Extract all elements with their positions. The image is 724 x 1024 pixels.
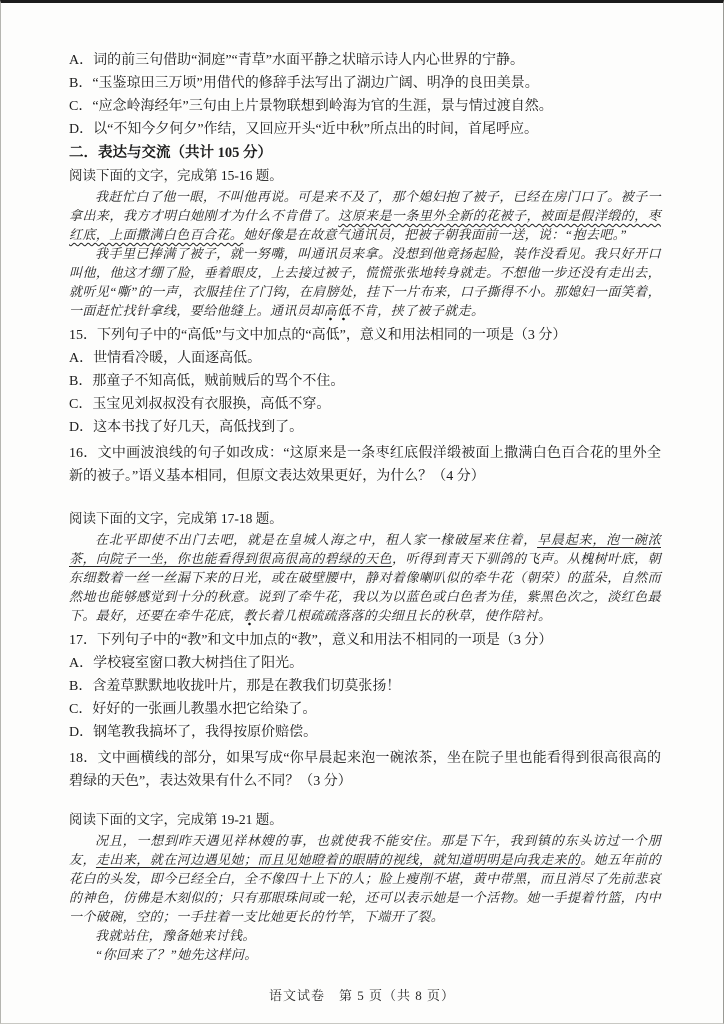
passage-paragraph: 我手里已捧满了被子，就一努嘴，叫通讯员来拿。没想到他竟扬起脸，装作没看见。我只好… [69, 244, 661, 320]
reading-intro-15-16: 阅读下面的文字，完成第 15-16 题。 [69, 165, 661, 187]
prev-option-b: B．“玉鉴琼田三万顷”用借代的修辞手法写出了湖边广阔、明净的良田美景。 [69, 72, 661, 95]
section-heading: 二．表达与交流（共计 105 分） [69, 142, 661, 165]
question-17-option-a: A．学校寝室窗口教大树挡住了阳光。 [69, 652, 661, 675]
dot-emphasized-text: 教 [243, 608, 256, 626]
prev-option-d: D．以“不知今夕何夕”作结，又回应开头“近中秋”所点出的时间，首尾呼应。 [69, 118, 661, 141]
reading-intro-19-21: 阅读下面的文字，完成第 19-21 题。 [69, 809, 661, 831]
question-15-option-d: D．这本书找了好几天，高低找到了。 [69, 416, 661, 439]
question-15-option-a: A．世情看冷暖，人面逐高低。 [69, 347, 661, 370]
passage-text: 在北平即使不出门去吧，就是在皇城人海之中，租人家一椽破屋来住着， [95, 532, 537, 547]
underlined-text: 走出来，就在河边遇见她；而且见她瞪着的眼睛的视线，就知道明明是向我走来的 [96, 852, 580, 867]
reading-intro-17-18: 阅读下面的文字，完成第 17-18 题。 [69, 508, 661, 530]
question-17-option-d: D．钢笔教我搞坏了，我得按原价赔偿。 [69, 721, 661, 744]
prev-option-a: A．词的前三句借助“洞庭”“青草”水面平静之状暗示诗人内心世界的宁静。 [69, 49, 661, 72]
prev-option-c: C．“应念岭海经年”三句由上片景物联想到岭海为官的生涯，景与情过渡自然。 [69, 95, 661, 118]
question-17-option-c: C．好好的一张画儿教墨水把它给染了。 [69, 698, 661, 721]
passage-paragraph: 我赶忙白了他一眼，不叫他再说。可是来不及了，那个媳妇抱了被子，已经在房门口了。被… [69, 187, 661, 244]
passage-text: “你回来了？”她先这样问。 [95, 947, 258, 962]
passage-text: 长着几根疏疏落落的尖细且长的秋草，使作陪衬。 [257, 608, 552, 623]
page-footer: 语文试卷 第 5 页（共 8 页） [1, 985, 723, 1004]
passage-paragraph: 况且，一想到昨天遇见祥林嫂的事，也就使我不能安住。那是下午，我到镇的东头访过一个… [69, 831, 661, 926]
question-15-option-c: C．玉宝见刘叔叔没有衣服换，高低不穿。 [69, 393, 661, 416]
question-15-stem: 15．下列句子中的“高低”与文中加点的“高低”，意义和用法相同的一项是（3 分） [69, 324, 661, 347]
dot-emphasized-text: 高低 [324, 303, 351, 321]
passage-text: 我就站住，豫备她来讨钱。 [95, 928, 256, 943]
passage-text: 不肯，挟了被子就走。 [350, 303, 484, 318]
passage-text: 她好像是在故意气通讯员，把被子朝我面前一送，说：“抱去吧。” [243, 227, 627, 242]
question-18-text: 18．文中画横线的部分，如果写成“你早晨起来泡一碗浓茶，坐在院子里也能看得到很高… [69, 747, 661, 793]
exam-page: A．词的前三句借助“洞庭”“青草”水面平静之状暗示诗人内心世界的宁静。 B．“玉… [0, 0, 724, 1024]
question-17-option-b: B．含羞草默默地收拢叶片，那是在教我们切莫张扬！ [69, 675, 661, 698]
passage-paragraph: “你回来了？”她先这样问。 [69, 945, 661, 964]
question-15-option-b: B．那童子不知高低，贼前贼后的骂个不住。 [69, 370, 661, 393]
passage-paragraph: 在北平即使不出门去吧，就是在皇城人海之中，租人家一椽破屋来住着，早晨起来，泡一碗… [69, 530, 661, 625]
passage-paragraph: 我就站住，豫备她来讨钱。 [69, 926, 661, 945]
question-17-stem: 17．下列句子中的“教”和文中加点的“教”，意义和用法不相同的一项是（3 分） [69, 629, 661, 652]
question-16-text: 16．文中画波浪线的句子如改成：“这原来是一条枣红底假洋缎被面上撒满白色百合花的… [69, 442, 661, 488]
